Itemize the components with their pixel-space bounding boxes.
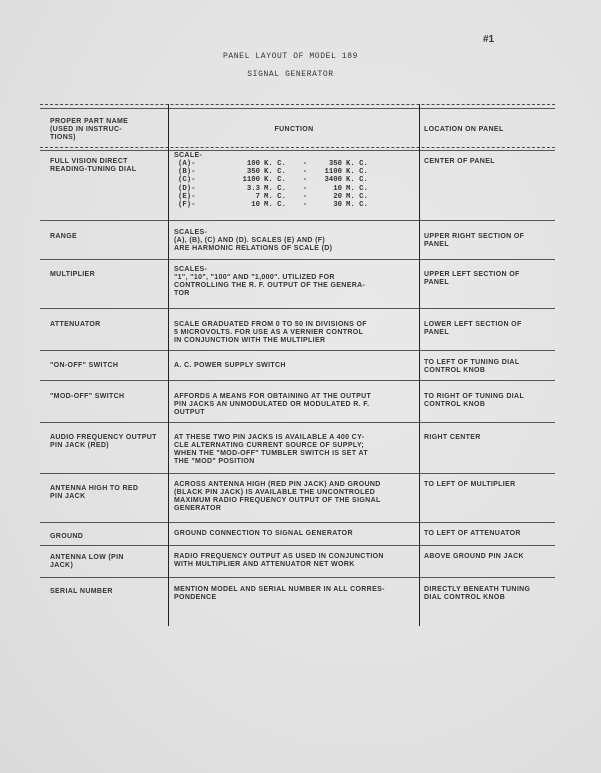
scale-id: (E)- — [174, 193, 208, 201]
scale-row: (F)-10M. C.-30M. C. — [174, 201, 382, 209]
row-part-name: Range — [50, 233, 165, 241]
scale-id: (A)- — [174, 160, 208, 168]
row-location: Center of panel — [424, 158, 552, 166]
row-part-name: Serial Number — [50, 588, 165, 596]
row-function: At these two pin jacks is available a 40… — [174, 434, 414, 466]
row-part-name: "Mod-Off" switch — [50, 393, 165, 401]
scale-low: 3.3 — [208, 185, 260, 193]
scale-row: (A)-100K. C.-350K. C. — [174, 160, 382, 168]
row-function: Mention model and serial number in all c… — [174, 586, 414, 602]
scale-row: (B)-350K. C.-1100K. C. — [174, 168, 382, 176]
scale-dash: - — [300, 185, 310, 193]
scale-high: 10 — [310, 185, 342, 193]
row-divider — [40, 422, 555, 423]
row-divider — [40, 545, 555, 546]
header-location: Location on Panel — [424, 126, 552, 134]
header-bottom-rule-2 — [40, 150, 555, 151]
page-number: #1 — [483, 34, 494, 45]
row-location: Directly beneath tuning dial control kno… — [424, 586, 552, 602]
column-divider-1 — [168, 104, 169, 626]
row-function: Scales- "1", "10", "100" and "1,000". Ut… — [174, 266, 414, 298]
scale-high-unit: K. C. — [342, 168, 382, 176]
row-function: Ground connection to Signal Generator — [174, 530, 414, 538]
header-function: Function — [174, 126, 414, 134]
scale-low: 7 — [208, 193, 260, 201]
row-function-label: Scale- — [174, 152, 414, 160]
scale-low: 1100 — [208, 176, 260, 184]
scale-dash: - — [300, 168, 310, 176]
row-part-name: Antenna Low (pin jack) — [50, 554, 165, 570]
scale-low: 10 — [208, 201, 260, 209]
row-location: To right of tuning dial control knob — [424, 393, 552, 409]
table-top-rule — [40, 104, 555, 105]
scale-id: (C)- — [174, 176, 208, 184]
scale-high: 3400 — [310, 176, 342, 184]
scale-dash: - — [300, 201, 310, 209]
scale-row: (E)-7M. C.-20M. C. — [174, 193, 382, 201]
scale-low-unit: M. C. — [260, 201, 300, 209]
scale-high-unit: M. C. — [342, 201, 382, 209]
row-location: Upper left section of panel — [424, 271, 552, 287]
scale-high: 1100 — [310, 168, 342, 176]
scale-low: 100 — [208, 160, 260, 168]
scale-dash: - — [300, 193, 310, 201]
row-divider — [40, 522, 555, 523]
row-location: Above ground pin jack — [424, 553, 552, 561]
header-bottom-rule — [40, 147, 555, 148]
row-function: A. C. power supply switch — [174, 362, 414, 370]
row-part-name: Audio Frequency output pin jack (red) — [50, 434, 165, 450]
scale-row: (C)-1100K. C.-3400K. C. — [174, 176, 382, 184]
header-part-name: Proper Part Name (Used in Instruc- tions… — [50, 118, 165, 142]
row-function: Scales- (A), (B), (C) and (D). Scales (E… — [174, 229, 414, 253]
scale-high: 20 — [310, 193, 342, 201]
row-function: Affords a means for obtaining at the out… — [174, 393, 414, 417]
scale-low-unit: K. C. — [260, 168, 300, 176]
scale-id: (D)- — [174, 185, 208, 193]
scale-high-unit: M. C. — [342, 185, 382, 193]
row-divider — [40, 259, 555, 260]
row-location: Upper right section of panel — [424, 233, 552, 249]
row-part-name: "On-Off" switch — [50, 362, 165, 370]
row-divider — [40, 473, 555, 474]
row-divider — [40, 350, 555, 351]
row-part-name: Multiplier — [50, 271, 165, 279]
scale-low-unit: K. C. — [260, 176, 300, 184]
scale-high-unit: K. C. — [342, 176, 382, 184]
row-function: Radio frequency output as used in conjun… — [174, 553, 414, 569]
scale-low-unit: M. C. — [260, 193, 300, 201]
document-subtitle: SIGNAL GENERATOR — [0, 70, 591, 79]
row-function: Across antenna high (red pin jack) and g… — [174, 481, 414, 513]
row-part-name: Ground — [50, 533, 165, 541]
row-divider — [40, 380, 555, 381]
row-divider — [40, 220, 555, 221]
scale-low-unit: M. C. — [260, 185, 300, 193]
column-divider-2 — [419, 104, 420, 626]
row-divider — [40, 308, 555, 309]
row-divider — [40, 577, 555, 578]
row-part-name: Attenuator — [50, 321, 165, 329]
row-function: Scale graduated from 0 to 50 in division… — [174, 321, 414, 345]
scale-low-unit: K. C. — [260, 160, 300, 168]
scale-ranges-table: (A)-100K. C.-350K. C.(B)-350K. C.-1100K.… — [174, 160, 382, 209]
row-location: To left of multiplier — [424, 481, 552, 489]
document-title: PANEL LAYOUT OF MODEL 189 — [0, 52, 591, 61]
scale-id: (F)- — [174, 201, 208, 209]
row-location: Right center — [424, 434, 552, 442]
row-location: To left of tuning dial control knob — [424, 359, 552, 375]
scale-high: 30 — [310, 201, 342, 209]
row-part-name: Full vision direct reading-tuning dial — [50, 158, 165, 174]
row-part-name: Antenna High to Red pin jack — [50, 485, 165, 501]
scale-high: 350 — [310, 160, 342, 168]
scale-high-unit: M. C. — [342, 193, 382, 201]
scale-id: (B)- — [174, 168, 208, 176]
scale-high-unit: K. C. — [342, 160, 382, 168]
row-location: To left of attenuator — [424, 530, 552, 538]
scale-low: 350 — [208, 168, 260, 176]
table-top-rule-2 — [40, 108, 555, 109]
row-location: Lower left section of panel — [424, 321, 552, 337]
scale-dash: - — [300, 176, 310, 184]
scale-row: (D)-3.3M. C.-10M. C. — [174, 185, 382, 193]
scale-dash: - — [300, 160, 310, 168]
